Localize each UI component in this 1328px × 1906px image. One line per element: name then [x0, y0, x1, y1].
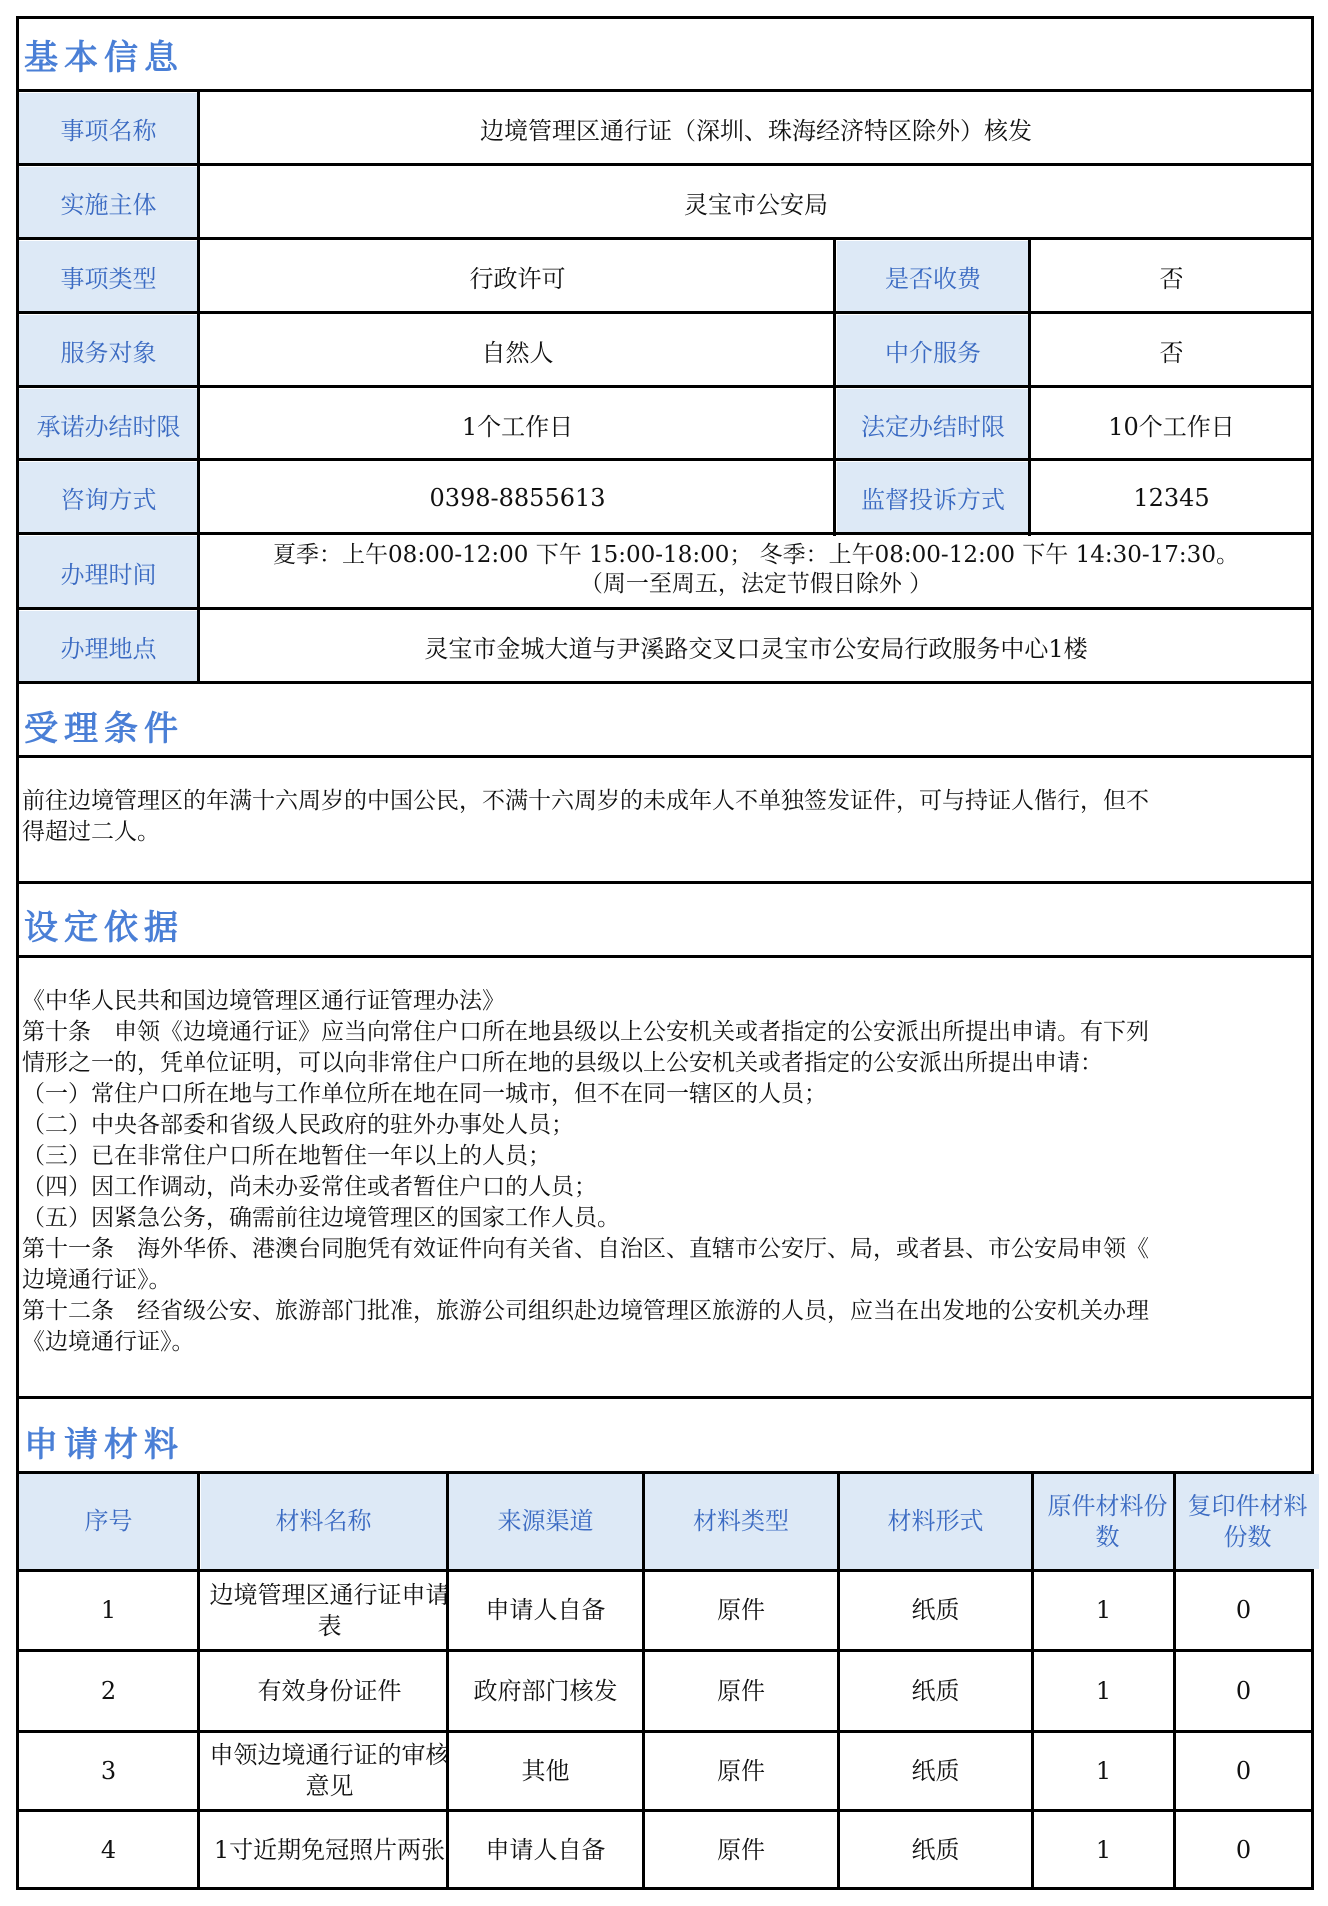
divider: [16, 1730, 1314, 1733]
basis-line: 第十条 申领《边境通行证》应当向常住户口所在地县级以上公安机关或者指定的公安派出…: [22, 1017, 1308, 1048]
label-consult: 咨询方式: [19, 462, 198, 533]
basis-line: 第十一条 海外华侨、港澳台同胞凭有效证件向有关省、自治区、直辖市公安厅、局，或者…: [22, 1234, 1308, 1265]
basis-line: （五）因紧急公务，确需前往边境管理区的国家工作人员。: [22, 1203, 1308, 1234]
materials-cell-type: 原件: [645, 1652, 837, 1730]
materials-header-original-count: 原件材料份数: [1034, 1474, 1181, 1569]
divider: [16, 607, 1314, 610]
section-title-basis: 设定依据: [24, 900, 184, 949]
label-fee: 是否收费: [837, 241, 1029, 312]
value-location: 灵宝市金城大道与尹溪路交叉口灵宝市公安局行政服务中心1楼: [201, 611, 1311, 682]
divider: [16, 237, 1314, 240]
materials-header-copy-count: 复印件材料份数: [1176, 1474, 1319, 1569]
divider: [1031, 1471, 1034, 1890]
divider: [16, 1569, 1314, 1572]
value-legal-time: 10个工作日: [1032, 389, 1311, 459]
value-intermediary: 否: [1032, 315, 1311, 386]
materials-cell-name: 申领边境通行证的审核意见: [201, 1733, 458, 1809]
value-hours: 夏季：上午08:00-12:00 下午 15:00-18:00； 冬季：上午08…: [201, 536, 1311, 608]
divider: [642, 1471, 645, 1890]
materials-cell-copy-count: 0: [1176, 1572, 1311, 1649]
basis-line: （四）因工作调动，尚未办妥常住或者暂住户口的人员；: [22, 1172, 1308, 1203]
divider: [1028, 237, 1031, 536]
label-item-name: 事项名称: [19, 93, 198, 164]
materials-cell-source: 申请人自备: [449, 1572, 642, 1649]
materials-cell-source: 政府部门核发: [449, 1652, 642, 1730]
section-title-conditions: 受理条件: [24, 701, 184, 750]
materials-cell-name: 有效身份证件: [201, 1652, 458, 1730]
basis-line: （一）常住户口所在地与工作单位所在地在同一城市，但不在同一辖区的人员；: [22, 1079, 1308, 1110]
divider: [16, 681, 1314, 684]
label-intermediary: 中介服务: [837, 315, 1029, 386]
materials-header-form: 材料形式: [840, 1474, 1031, 1569]
divider: [16, 532, 1314, 535]
basis-line: 第十二条 经省级公安、旅游部门批准，旅游公司组织赴边境管理区旅游的人员，应当在出…: [22, 1296, 1308, 1327]
value-complaint: 12345: [1032, 462, 1311, 533]
basis-line: （三）已在非常住户口所在地暂住一年以上的人员；: [22, 1141, 1308, 1172]
value-implementer: 灵宝市公安局: [201, 167, 1311, 238]
materials-cell-form: 纸质: [840, 1733, 1031, 1809]
conditions-line: 前往边境管理区的年满十六周岁的中国公民，不满十六周岁的未成年人不单独签发证件，可…: [22, 786, 1308, 817]
materials-cell-form: 纸质: [840, 1812, 1031, 1889]
divider: [833, 237, 836, 536]
materials-cell-original-count: 1: [1034, 1572, 1173, 1649]
materials-header-source: 来源渠道: [449, 1474, 642, 1569]
label-hours: 办理时间: [19, 536, 198, 608]
value-promised-time: 1个工作日: [201, 389, 834, 459]
divider: [197, 1471, 200, 1890]
materials-header-name: 材料名称: [201, 1474, 446, 1569]
materials-cell-name: 1寸近期免冠照片两张: [201, 1812, 458, 1889]
divider: [16, 163, 1314, 166]
divider: [16, 1649, 1314, 1652]
section-title-basic-info: 基本信息: [24, 30, 184, 79]
basis-line: 《边境通行证》。: [22, 1327, 1308, 1358]
divider: [16, 1809, 1314, 1812]
materials-cell-form: 纸质: [840, 1572, 1031, 1649]
basis-text: 《中华人民共和国边境管理区通行证管理办法》 第十条 申领《边境通行证》应当向常住…: [22, 986, 1308, 1358]
materials-cell-copy-count: 0: [1176, 1812, 1311, 1889]
divider: [197, 89, 200, 684]
materials-header-index: 序号: [19, 1474, 198, 1569]
materials-cell-copy-count: 0: [1176, 1733, 1311, 1809]
divider: [837, 1471, 840, 1890]
section-title-materials: 申请材料: [24, 1417, 184, 1466]
materials-cell-source: 申请人自备: [449, 1812, 642, 1889]
materials-cell-index: 3: [19, 1733, 198, 1809]
divider: [16, 881, 1314, 884]
materials-cell-original-count: 1: [1034, 1652, 1173, 1730]
materials-cell-type: 原件: [645, 1572, 837, 1649]
value-service-target: 自然人: [201, 315, 834, 386]
divider: [16, 955, 1314, 958]
divider: [16, 755, 1314, 758]
divider: [16, 458, 1314, 461]
materials-cell-copy-count: 0: [1176, 1652, 1311, 1730]
label-implementer: 实施主体: [19, 167, 198, 238]
divider: [16, 385, 1314, 388]
divider: [16, 89, 1314, 92]
materials-cell-name: 边境管理区通行证申请表: [201, 1572, 458, 1649]
divider: [1173, 1471, 1176, 1890]
label-promised-time: 承诺办结时限: [19, 389, 198, 459]
materials-cell-index: 4: [19, 1812, 198, 1889]
conditions-text: 前往边境管理区的年满十六周岁的中国公民，不满十六周岁的未成年人不单独签发证件，可…: [22, 786, 1308, 848]
divider: [16, 1396, 1314, 1399]
conditions-line: 得超过二人。: [22, 817, 1308, 848]
materials-header-type: 材料类型: [645, 1474, 837, 1569]
divider: [16, 311, 1314, 314]
materials-cell-index: 2: [19, 1652, 198, 1730]
basis-line: 情形之一的，凭单位证明，可以向非常住户口所在地的县级以上公安机关或者指定的公安派…: [22, 1048, 1308, 1079]
divider: [446, 1471, 449, 1890]
materials-cell-original-count: 1: [1034, 1812, 1173, 1889]
label-legal-time: 法定办结时限: [837, 389, 1029, 459]
label-item-type: 事项类型: [19, 241, 198, 312]
materials-cell-type: 原件: [645, 1812, 837, 1889]
hours-line-1: 夏季：上午08:00-12:00 下午 15:00-18:00； 冬季：上午08…: [201, 541, 1311, 570]
basis-line: （二）中央各部委和省级人民政府的驻外办事处人员；: [22, 1110, 1308, 1141]
materials-cell-type: 原件: [645, 1733, 837, 1809]
hours-line-2: （周一至周五，法定节假日除外 ）: [201, 570, 1311, 599]
materials-cell-source: 其他: [449, 1733, 642, 1809]
basis-line: 《中华人民共和国边境管理区通行证管理办法》: [22, 986, 1308, 1017]
value-item-name: 边境管理区通行证（深圳、珠海经济特区除外）核发: [201, 93, 1311, 164]
value-item-type: 行政许可: [201, 241, 834, 312]
label-service-target: 服务对象: [19, 315, 198, 386]
materials-cell-index: 1: [19, 1572, 198, 1649]
label-complaint: 监督投诉方式: [837, 462, 1029, 533]
label-location: 办理地点: [19, 611, 198, 682]
basis-line: 边境通行证》。: [22, 1265, 1308, 1296]
value-consult: 0398-8855613: [201, 462, 834, 533]
materials-cell-original-count: 1: [1034, 1733, 1173, 1809]
value-fee: 否: [1032, 241, 1311, 312]
materials-cell-form: 纸质: [840, 1652, 1031, 1730]
